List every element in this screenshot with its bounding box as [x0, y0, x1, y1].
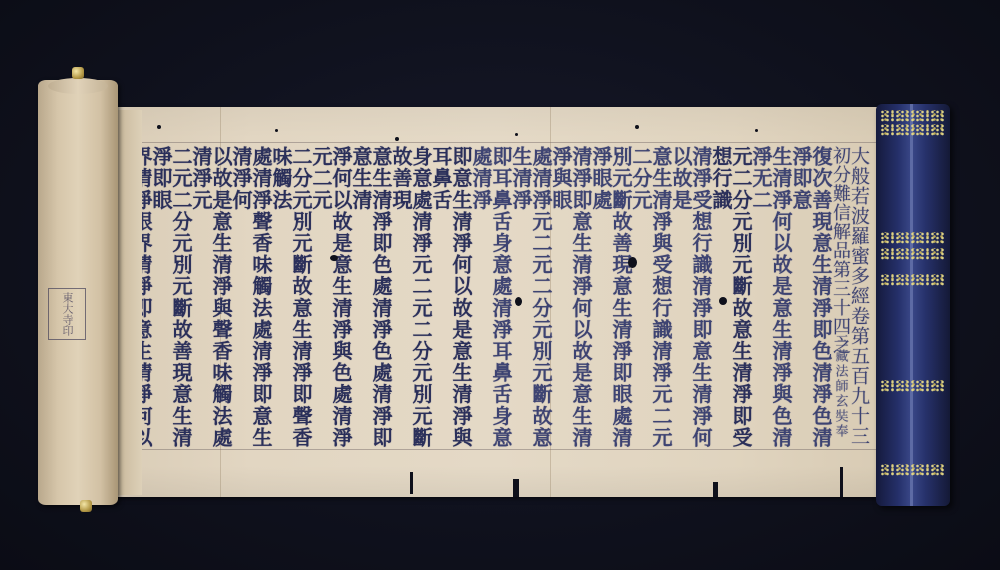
roller-sheen: [910, 104, 913, 506]
text-column: 清淨受想行識清淨即意生清淨何以故是: [671, 142, 711, 449]
paper-tear: [513, 479, 519, 497]
gold-fleck-band: [880, 110, 946, 122]
left-roller-cap: [48, 78, 108, 94]
column-text: 復次善現意生清淨即色清淨色清淨即意: [791, 142, 831, 449]
subtitle-column: 初分難信解品第三十四之 三藏法師玄奘奉: [831, 142, 849, 449]
text-column: 意生清淨與受想行識清淨元二元二分元: [631, 142, 671, 449]
gold-fleck-band: [880, 248, 946, 260]
column-text: 處清淨元二元二分元別元斷故意生清淨: [511, 142, 551, 449]
gold-fleck-band: [880, 124, 946, 136]
column-text: 即意生清淨何以故是意生清淨與耳鼻舌: [431, 142, 471, 449]
scroll-photograph: 大般若波羅蜜多經卷第五百九十三 初分難信解品第三十四之 三藏法師玄奘奉 復次善現…: [0, 0, 1000, 570]
text-column: 身意處清淨元二元二分元別元斷故善現: [391, 142, 431, 449]
roller-knob-bottom: [80, 500, 92, 512]
column-text: 身意處清淨元二元二分元別元斷故善現: [391, 142, 431, 449]
text-column: 意生清淨即色處清淨色處清淨即意生清: [351, 142, 391, 449]
ink-stain: [628, 257, 637, 268]
text-column: 處清淨元二元二分元別元斷故意生清淨: [511, 142, 551, 449]
title-column: 大般若波羅蜜多經卷第五百九十三: [849, 142, 868, 449]
bottom-ruling-line: [115, 449, 880, 450]
wormhole: [755, 129, 758, 132]
wormhole: [635, 125, 639, 129]
translator-credit: 三藏法師玄奘奉: [834, 330, 847, 439]
text-column: 即意生清淨何以故是意生清淨與耳鼻舌: [431, 142, 471, 449]
ink-stain: [515, 297, 522, 306]
left-scroll-flap: [118, 110, 142, 495]
text-column: 生清淨何以故是意生清淨與色清淨无二: [751, 142, 791, 449]
text-columns: 大般若波羅蜜多經卷第五百九十三 初分難信解品第三十四之 三藏法師玄奘奉 復次善現…: [115, 142, 868, 449]
text-column: 復次善現意生清淨即色清淨色清淨即意: [791, 142, 831, 449]
column-text: 處清淨聲香味觸法處清淨即意生清淨何: [231, 142, 271, 449]
paper-tear: [410, 472, 413, 494]
ownership-seal: 東大寺印: [48, 288, 86, 340]
column-text: 意生清淨即色處清淨色處清淨即意生清: [351, 142, 391, 449]
column-text: 二元二分元別元斷故善現意生清淨即眼: [151, 142, 191, 449]
right-roller: [876, 104, 950, 506]
translator-name: 三藏法師玄奘奉: [834, 330, 847, 439]
paper-tear: [840, 467, 843, 497]
roller-knob-top: [72, 67, 84, 79]
column-text: 生清淨何以故是意生清淨與色清淨无二: [751, 142, 791, 449]
wormhole: [157, 125, 161, 129]
column-text: 淨何以故是意生清淨與色處清淨元二元: [311, 142, 351, 449]
column-text: 元二分元別元斷故意生清淨即受想行識: [711, 142, 751, 449]
column-text: 即耳鼻舌身意處清淨耳鼻舌身意處清淨: [471, 142, 511, 449]
text-column: 處清淨聲香味觸法處清淨即意生清淨何: [231, 142, 271, 449]
gold-fleck-band: [880, 232, 946, 244]
scroll-paper: 大般若波羅蜜多經卷第五百九十三 初分難信解品第三十四之 三藏法師玄奘奉 復次善現…: [95, 107, 890, 497]
text-column: 別元斷故善現意生清淨即眼處清淨眼處: [591, 142, 631, 449]
text-column: 元二分元別元斷故意生清淨即受想行識: [711, 142, 751, 449]
text-column: 二元二分元別元斷故善現意生清淨即眼: [151, 142, 191, 449]
sutra-title: 大般若波羅蜜多經卷第五百九十三: [849, 142, 868, 449]
gold-fleck-band: [880, 380, 946, 392]
column-text: 別元斷故善現意生清淨即眼處清淨眼處: [591, 142, 631, 449]
text-column: 清淨即意生清淨何以故是意生清淨與眼: [551, 142, 591, 449]
text-column: 二分元別元斷故意生清淨即聲香味觸法: [271, 142, 311, 449]
text-column: 淨何以故是意生清淨與色處清淨元二元: [311, 142, 351, 449]
wormhole: [275, 129, 278, 132]
column-text: 二分元別元斷故意生清淨即聲香味觸法: [271, 142, 311, 449]
paper-tear: [713, 482, 718, 497]
gold-fleck-band: [880, 464, 946, 476]
gold-fleck-band: [880, 274, 946, 286]
column-text: 清淨受想行識清淨即意生清淨何以故是: [671, 142, 711, 449]
text-column: 以故是意生清淨與聲香味觸法處清淨元: [191, 142, 231, 449]
ink-stain: [719, 297, 727, 305]
text-column: 即耳鼻舌身意處清淨耳鼻舌身意處清淨: [471, 142, 511, 449]
column-text: 以故是意生清淨與聲香味觸法處清淨元: [191, 142, 231, 449]
wormhole: [395, 137, 399, 141]
ink-stain: [330, 255, 338, 261]
column-text: 意生清淨與受想行識清淨元二元二分元: [631, 142, 671, 449]
column-text: 清淨即意生清淨何以故是意生清淨與眼: [551, 142, 591, 449]
wormhole: [515, 133, 518, 136]
